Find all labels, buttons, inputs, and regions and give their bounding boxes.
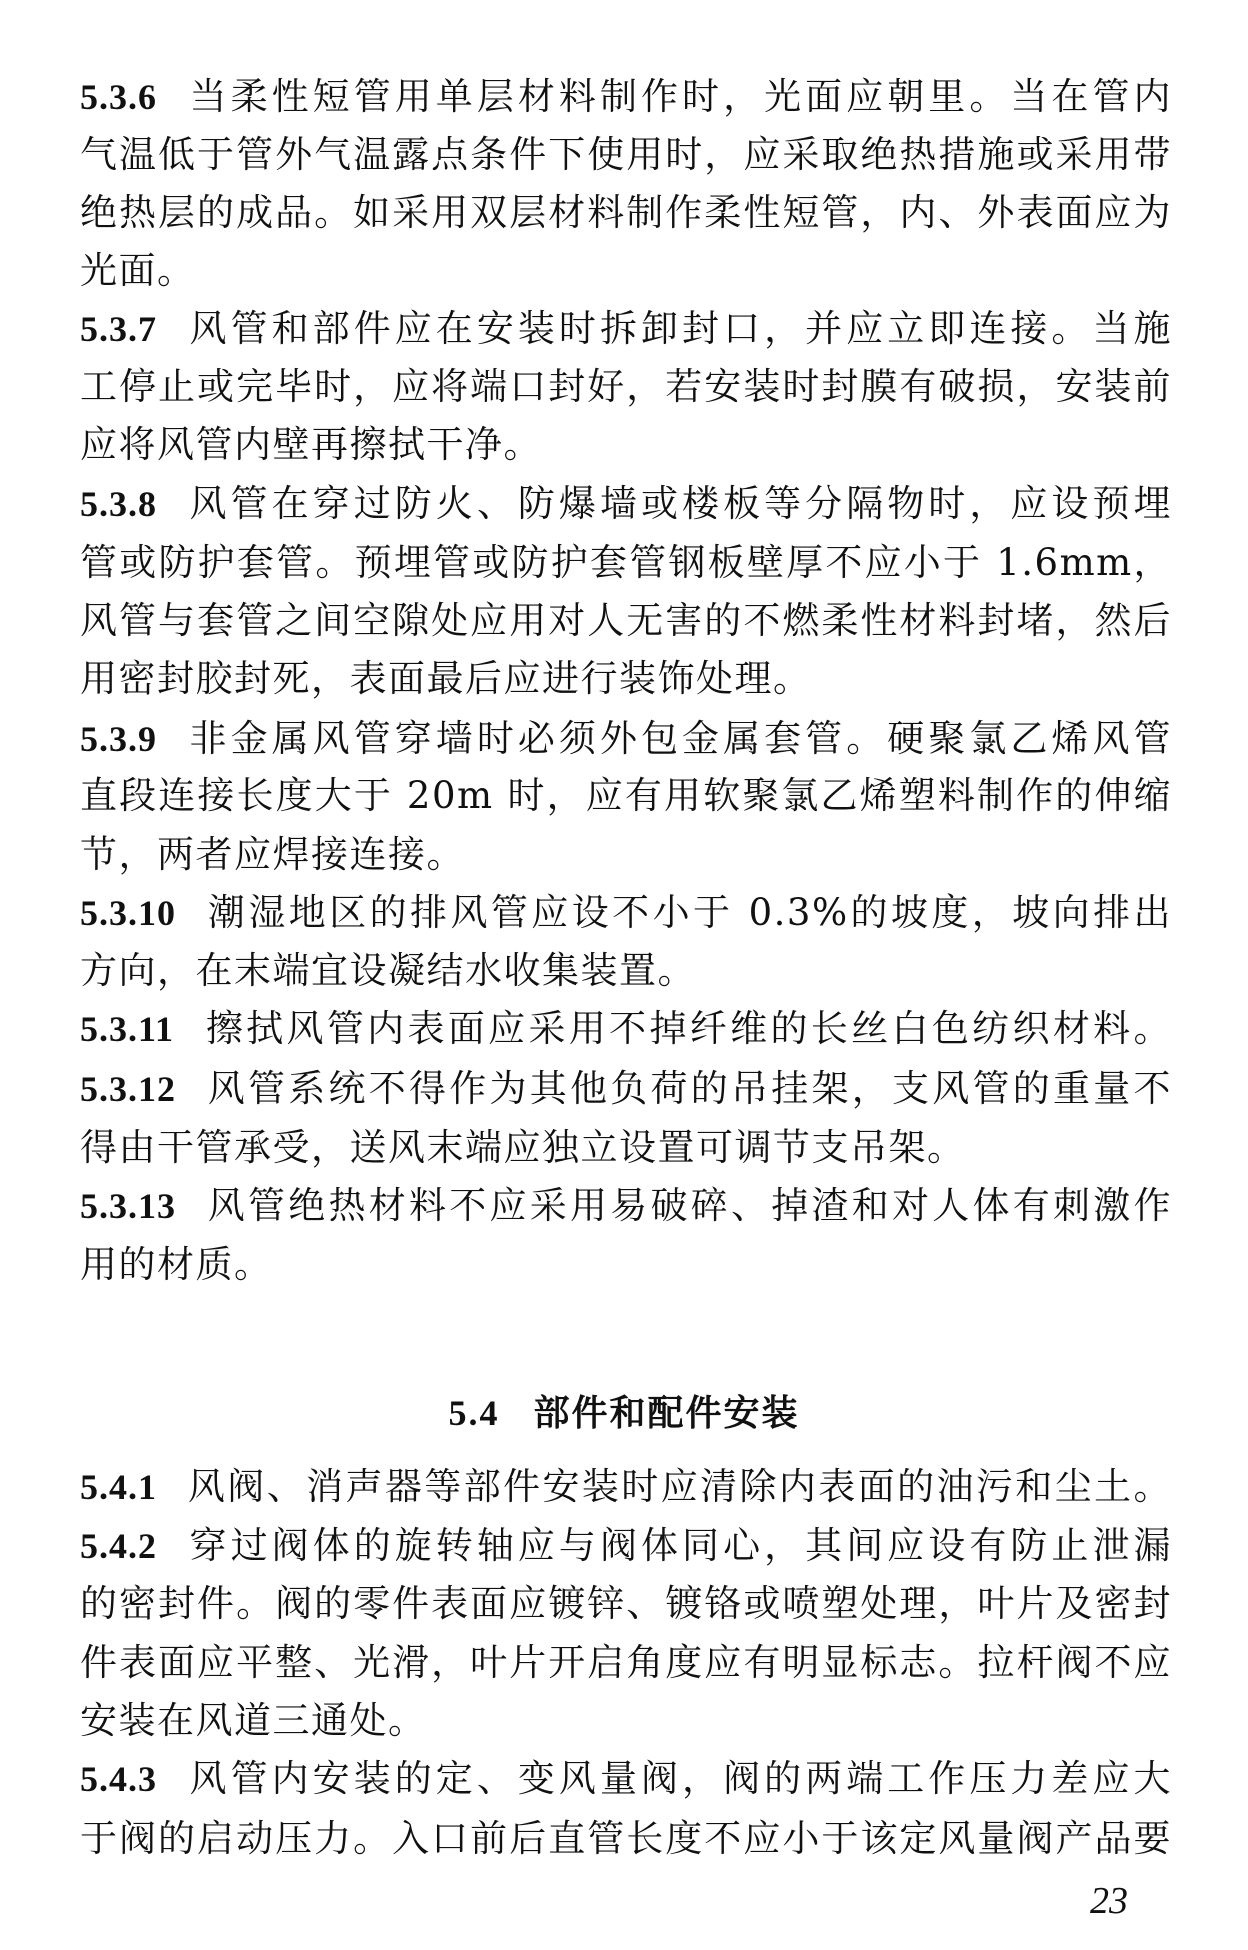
clause-5-3-7-line-3: 应将风管内壁再擦拭干净。 xyxy=(80,416,1172,474)
clause-text: 潮湿地区的排风管应设不小于 0.3%的坡度，坡向排出 xyxy=(206,891,1172,934)
clause-text: 穿过阀体的旋转轴应与阀体同心，其间应设有防止泄漏 xyxy=(187,1524,1172,1567)
clause-5-3-12-line-2: 得由干管承受，送风末端应独立设置可调节支吊架。 xyxy=(80,1119,1172,1177)
page-number: 23 xyxy=(1090,1876,1128,1926)
clause-5-3-8-line-3: 风管与套管之间空隙处应用对人无害的不燃柔性材料封堵，然后 xyxy=(80,592,1172,650)
clause-number: 5.3.7 xyxy=(80,309,157,349)
clause-text: 的密封件。阀的零件表面应镀锌、镀铬或喷塑处理，叶片及密封 xyxy=(80,1582,1172,1625)
clause-text: 安装在风道三通处。 xyxy=(80,1699,427,1742)
clause-text: 风管在穿过防火、防爆墙或楼板等分隔物时，应设预埋 xyxy=(187,482,1172,525)
clause-number: 5.3.6 xyxy=(80,77,157,117)
clause-text: 风管与套管之间空隙处应用对人无害的不燃柔性材料封堵，然后 xyxy=(80,599,1172,642)
clause-text: 风管绝热材料不应采用易破碎、掉渣和对人体有刺激作 xyxy=(206,1184,1172,1227)
clause-text: 绝热层的成品。如采用双层材料制作柔性短管，内、外表面应为 xyxy=(80,191,1172,234)
clause-text: 擦拭风管内表面应采用不掉纤维的长丝白色纺织材料。 xyxy=(204,1007,1172,1050)
clause-5-4-1-line-1: 5.4.1风阀、消声器等部件安装时应清除内表面的油污和尘土。 xyxy=(80,1458,1172,1516)
clause-text: 用的材质。 xyxy=(80,1243,273,1286)
clause-number: 5.3.12 xyxy=(80,1069,176,1109)
section-heading: 5.4部件和配件安装 xyxy=(0,1383,1248,1443)
clause-number: 5.4.3 xyxy=(80,1759,157,1799)
clause-text: 直段连接长度大于 20m 时，应有用软聚氯乙烯塑料制作的伸缩 xyxy=(80,774,1172,817)
clause-5-3-10-line-1: 5.3.10潮湿地区的排风管应设不小于 0.3%的坡度，坡向排出 xyxy=(80,884,1172,942)
clause-5-3-10-line-2: 方向，在末端宜设凝结水收集装置。 xyxy=(80,942,1172,1000)
clause-5-4-3-line-1: 5.4.3风管内安装的定、变风量阀，阀的两端工作压力差应大 xyxy=(80,1750,1172,1808)
clause-5-3-8-line-4: 用密封胶封死，表面最后应进行装饰处理。 xyxy=(80,650,1172,708)
clause-text: 风管系统不得作为其他负荷的吊挂架，支风管的重量不 xyxy=(206,1067,1172,1110)
clause-text: 得由干管承受，送风末端应独立设置可调节支吊架。 xyxy=(80,1126,966,1169)
clause-5-3-8-line-1: 5.3.8风管在穿过防火、防爆墙或楼板等分隔物时，应设预埋 xyxy=(80,475,1172,533)
clause-number: 5.3.9 xyxy=(80,719,157,759)
clause-5-3-9-line-1: 5.3.9非金属风管穿墙时必须外包金属套管。硬聚氯乙烯风管 xyxy=(80,710,1172,768)
clause-text: 应将风管内壁再擦拭干净。 xyxy=(80,423,542,466)
clause-text: 管或防护套管。预埋管或防护套管钢板壁厚不应小于 1.6mm， xyxy=(80,541,1172,584)
clause-text: 非金属风管穿墙时必须外包金属套管。硬聚氯乙烯风管 xyxy=(187,717,1172,760)
clause-5-3-9-line-3: 节，两者应焊接连接。 xyxy=(80,826,1172,884)
clause-5-3-11-line-1: 5.3.11擦拭风管内表面应采用不掉纤维的长丝白色纺织材料。 xyxy=(80,1000,1172,1058)
clause-number: 5.3.11 xyxy=(80,1009,174,1049)
clause-text: 光面。 xyxy=(80,249,196,292)
clause-number: 5.3.8 xyxy=(80,484,157,524)
clause-5-3-13-line-2: 用的材质。 xyxy=(80,1236,1172,1294)
clause-text: 件表面应平整、光滑，叶片开启角度应有明显标志。拉杆阀不应 xyxy=(80,1641,1172,1684)
clause-5-3-12-line-1: 5.3.12风管系统不得作为其他负荷的吊挂架，支风管的重量不 xyxy=(80,1060,1172,1118)
clause-text: 当柔性短管用单层材料制作时，光面应朝里。当在管内 xyxy=(187,75,1172,118)
clause-5-3-13-line-1: 5.3.13风管绝热材料不应采用易破碎、掉渣和对人体有刺激作 xyxy=(80,1177,1172,1235)
clause-number: 5.4.1 xyxy=(80,1467,157,1507)
clause-text: 用密封胶封死，表面最后应进行装饰处理。 xyxy=(80,657,812,700)
clause-5-4-2-line-1: 5.4.2穿过阀体的旋转轴应与阀体同心，其间应设有防止泄漏 xyxy=(80,1517,1172,1575)
clause-5-3-6-line-1: 5.3.6当柔性短管用单层材料制作时，光面应朝里。当在管内 xyxy=(80,68,1172,126)
clause-5-4-2-line-4: 安装在风道三通处。 xyxy=(80,1692,1172,1750)
clause-number: 5.3.13 xyxy=(80,1186,176,1226)
clause-5-3-6-line-3: 绝热层的成品。如采用双层材料制作柔性短管，内、外表面应为 xyxy=(80,184,1172,242)
clause-number: 5.3.10 xyxy=(80,893,176,933)
clause-5-3-7-line-2: 工停止或完毕时，应将端口封好，若安装时封膜有破损，安装前 xyxy=(80,358,1172,416)
clause-5-4-2-line-3: 件表面应平整、光滑，叶片开启角度应有明显标志。拉杆阀不应 xyxy=(80,1634,1172,1692)
clause-text: 方向，在末端宜设凝结水收集装置。 xyxy=(80,949,696,992)
clause-5-3-9-line-2: 直段连接长度大于 20m 时，应有用软聚氯乙烯塑料制作的伸缩 xyxy=(80,767,1172,825)
clause-text: 工停止或完毕时，应将端口封好，若安装时封膜有破损，安装前 xyxy=(80,365,1172,408)
section-title: 部件和配件安装 xyxy=(533,1393,799,1434)
document-page: 5.3.6当柔性短管用单层材料制作时，光面应朝里。当在管内 气温低于管外气温露点… xyxy=(0,0,1248,1950)
clause-text: 风管和部件应在安装时拆卸封口，并应立即连接。当施 xyxy=(187,307,1172,350)
clause-5-4-2-line-2: 的密封件。阀的零件表面应镀锌、镀铬或喷塑处理，叶片及密封 xyxy=(80,1575,1172,1633)
clause-text: 风阀、消声器等部件安装时应清除内表面的油污和尘土。 xyxy=(187,1465,1172,1508)
clause-number: 5.4.2 xyxy=(80,1526,157,1566)
clause-text: 风管内安装的定、变风量阀，阀的两端工作压力差应大 xyxy=(187,1757,1172,1800)
clause-text: 节，两者应焊接连接。 xyxy=(80,833,465,876)
clause-5-3-7-line-1: 5.3.7风管和部件应在安装时拆卸封口，并应立即连接。当施 xyxy=(80,300,1172,358)
section-number: 5.4 xyxy=(448,1393,499,1433)
clause-text: 于阀的启动压力。入口前后直管长度不应小于该定风量阀产品要 xyxy=(80,1817,1172,1860)
clause-5-3-6-line-4: 光面。 xyxy=(80,242,1172,300)
clause-text: 气温低于管外气温露点条件下使用时，应采取绝热措施或采用带 xyxy=(80,133,1172,176)
clause-5-3-6-line-2: 气温低于管外气温露点条件下使用时，应采取绝热措施或采用带 xyxy=(80,126,1172,184)
clause-5-3-8-line-2: 管或防护套管。预埋管或防护套管钢板壁厚不应小于 1.6mm， xyxy=(80,534,1172,592)
clause-5-4-3-line-2: 于阀的启动压力。入口前后直管长度不应小于该定风量阀产品要 xyxy=(80,1810,1172,1868)
